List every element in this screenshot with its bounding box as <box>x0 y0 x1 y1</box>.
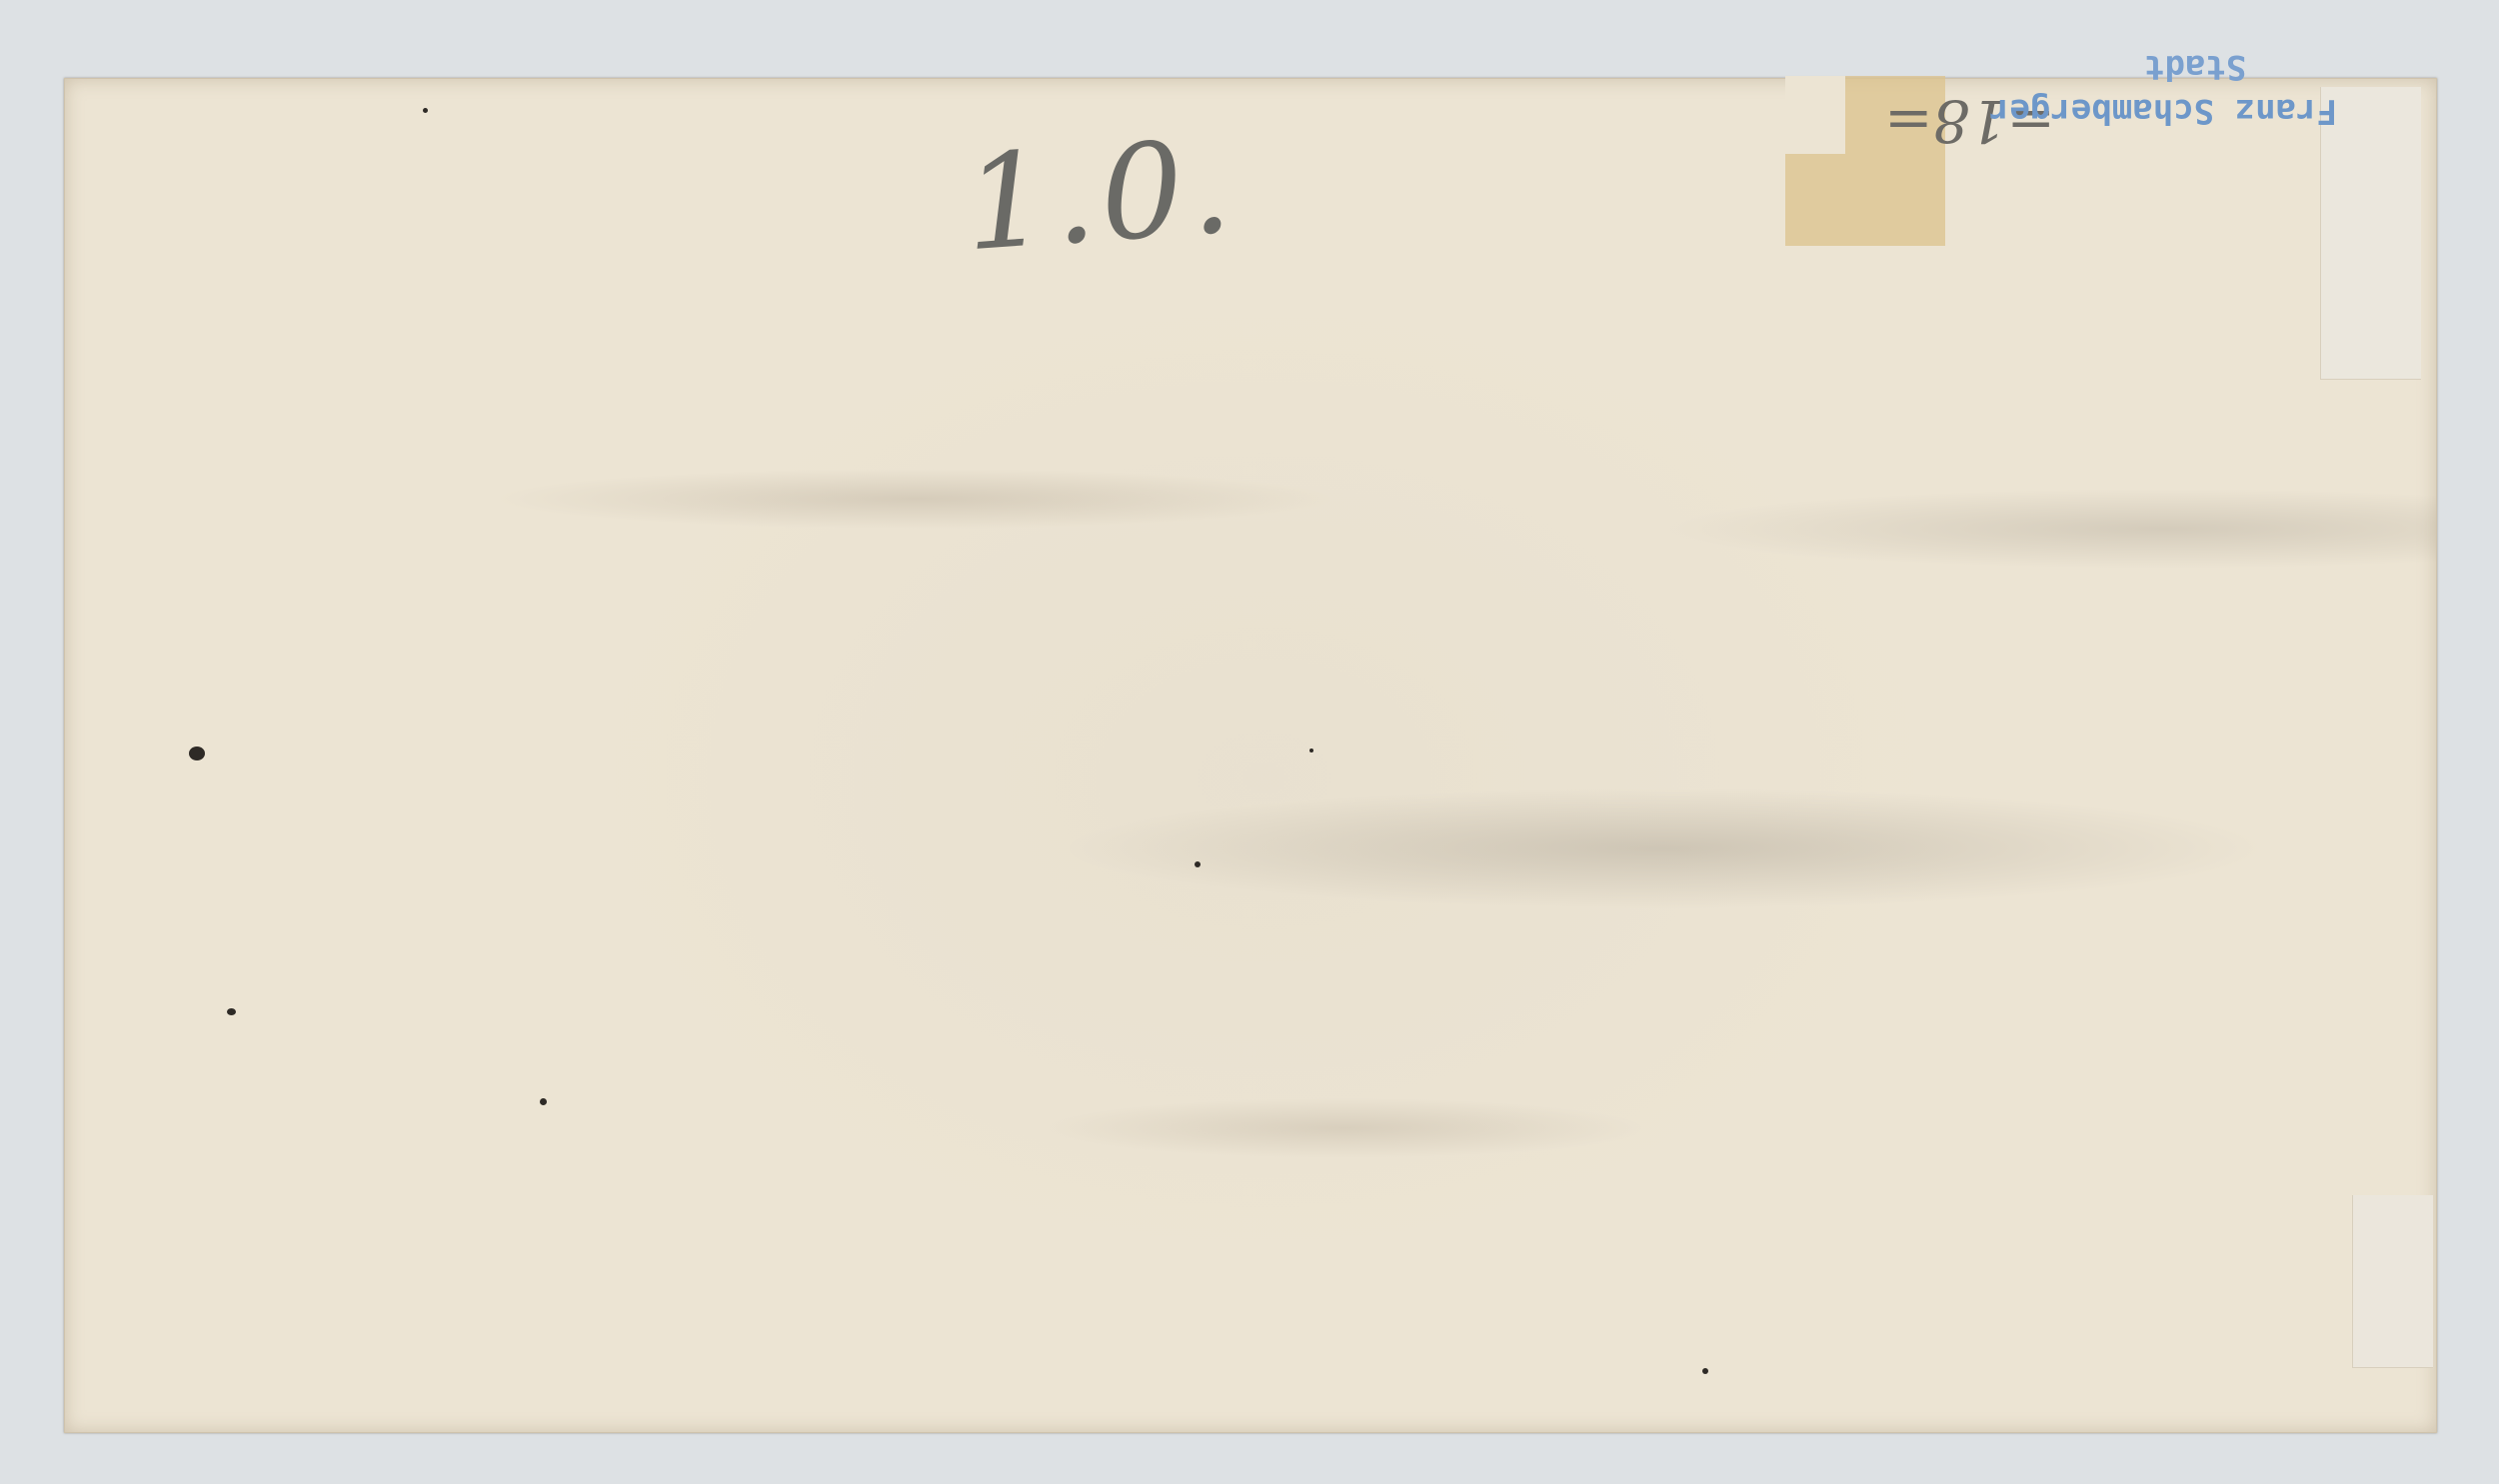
ink-spot <box>1309 748 1313 752</box>
ink-spot <box>189 746 205 760</box>
collector-stamp: Franz Schamberger <box>1989 91 2337 131</box>
mounting-hinge-bottom <box>2352 1195 2433 1368</box>
tape-notch <box>1785 76 1845 154</box>
ink-spot <box>1195 861 1201 867</box>
ink-spot <box>227 1008 236 1015</box>
paper-sheet: 1.0. =18= Franz Schamberger Stadt <box>64 78 2437 1433</box>
ink-spot <box>423 108 428 113</box>
ink-spot <box>540 1098 547 1105</box>
pencil-inscription-center: 1.0. <box>960 110 1242 281</box>
ink-spot <box>1702 1368 1708 1374</box>
collector-stamp-line2: Stadt <box>2144 47 2246 87</box>
